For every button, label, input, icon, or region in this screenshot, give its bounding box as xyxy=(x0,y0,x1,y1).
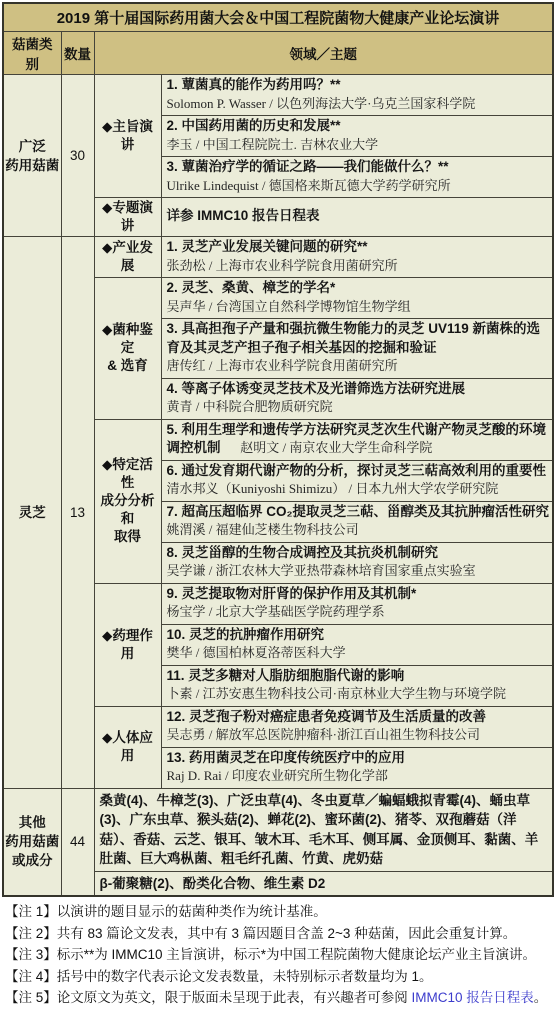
talk-title: 8. 灵芝甾醇的生物合成调控及其抗炎机制研究 xyxy=(167,544,550,563)
talk-speaker: 姚渭溪 / 福建仙芝楼生物科技公司 xyxy=(167,521,550,540)
talk-item: 1. 灵芝产业发展关键问题的研究** 张劲松 / 上海市农业科学院食用菌研究所 xyxy=(161,237,553,278)
talk-speaker: 清水邦义（Kuniyoshi Shimizu） / 日本九州大学农学研究院 xyxy=(167,480,550,499)
talk-item: 3. 具高担孢子产量和强抗微生物能力的灵芝 UV119 新菌株的选育及其灵芝产担… xyxy=(161,319,553,379)
page: 2019 第十届国际药用菌大会＆中国工程院菌物大健康产业论坛演讲 菇菌类别 数量… xyxy=(0,0,556,1016)
talk-title: 2. 中国药用菌的历史和发展** xyxy=(167,117,550,136)
talk-item: 2. 灵芝、桑黄、樟芝的学名* 吴声华 / 台湾国立自然科学博物馆生物学组 xyxy=(161,278,553,319)
footnote-text: 论文原文为英文，限于版面未呈现于此表，有兴趣者可参阅 xyxy=(57,990,412,1005)
footnote-1: 【注 1】以演讲的题目显示的菇菌种类作为统计基准。 xyxy=(5,904,552,920)
talk-title: 10. 灵芝的抗肿瘤作用研究 xyxy=(167,626,550,645)
count-cell-lingzhi: 13 xyxy=(61,237,94,789)
talk-item: 8. 灵芝甾醇的生物合成调控及其抗炎机制研究 吴学谦 / 浙江农林大学亚热带森林… xyxy=(161,542,553,583)
footnote-text: 共有 83 篇论文发表，其中有 3 篇因题目含盖 2~3 种菇菌，因此会重复计算… xyxy=(57,926,516,941)
footnote-label: 【注 1】 xyxy=(5,904,57,919)
group-label-keynote: ◆主旨演讲 xyxy=(94,75,161,198)
talk-item: 5. 利用生理学和遗传学方法研究灵芝次生代谢产物灵芝酸的环境调控机制 赵明文 /… xyxy=(161,419,553,460)
group-label-symposium: ◆专题演讲 xyxy=(94,198,161,237)
footnote-label: 【注 5】 xyxy=(5,990,57,1005)
talk-title: 12. 灵芝孢子粉对癌症患者免疫调节及生活质量的改善 xyxy=(167,708,550,727)
talk-item: 6. 通过发育期代谢产物的分析，探讨灵芝三萜高效利用的重要性 清水邦义（Kuni… xyxy=(161,460,553,501)
talk-speaker: 张劲松 / 上海市农业科学院食用菌研究所 xyxy=(167,257,550,276)
conference-program-table: 2019 第十届国际药用菌大会＆中国工程院菌物大健康产业论坛演讲 菇菌类别 数量… xyxy=(2,2,554,897)
talk-speaker: 樊华 / 德国柏林夏洛蒂医科大学 xyxy=(167,644,550,663)
footnote-text: 括号中的数字代表示论文发表数量，未特别标示者数量均为 1。 xyxy=(57,969,433,984)
talk-item: 10. 灵芝的抗肿瘤作用研究 樊华 / 德国柏林夏洛蒂医科大学 xyxy=(161,624,553,665)
footnote-label: 【注 3】 xyxy=(5,947,57,962)
header-count: 数量 xyxy=(61,32,94,75)
talk-title: 9. 灵芝提取物对肝肾的保护作用及其机制* xyxy=(167,585,550,604)
components-row: β-葡聚糖(2)、酚类化合物、维生素 D2 xyxy=(94,871,553,896)
footnote-text: 标示**为 IMMC10 主旨演讲，标示*为中国工程院菌物大健康论坛产业主旨演讲… xyxy=(57,947,536,962)
talk-item: 1. 蕈菌真的能作为药用吗？** Solomon P. Wasser / 以色列… xyxy=(161,75,553,116)
talk-speaker: Raj D. Rai / 印度农业研究所生物化学部 xyxy=(167,767,550,786)
talk-speaker: 赵明文 / 南京农业大学生命科学院 xyxy=(240,440,432,455)
immc10-schedule-link[interactable]: IMMC10 报告日程表 xyxy=(412,990,534,1005)
footnotes: 【注 1】以演讲的题目显示的菇菌种类作为统计基准。 【注 2】共有 83 篇论文… xyxy=(2,897,554,1016)
talk-title: 6. 通过发育期代谢产物的分析，探讨灵芝三萜高效利用的重要性 xyxy=(167,462,550,481)
species-list-row: 桑黄(4)、牛樟芝(3)、广泛虫草(4)、冬虫夏草／蝙蝠蛾拟青霉(4)、蛹虫草(… xyxy=(94,788,553,871)
talk-item: 12. 灵芝孢子粉对癌症患者免疫调节及生活质量的改善 吴志勇 / 解放军总医院肿… xyxy=(161,706,553,747)
talk-speaker: 吴志勇 / 解放军总医院肿瘤科·浙江百山祖生物科技公司 xyxy=(167,726,550,745)
group-label-strain-id-breeding: ◆菌种鉴定 & 选育 xyxy=(94,278,161,420)
talk-speaker: Solomon P. Wasser / 以色列海法大学·乌克兰国家科学院 xyxy=(167,95,550,114)
talk-item: 详参 IMMC10 报告日程表 xyxy=(161,198,553,237)
talk-title: 1. 灵芝产业发展关键问题的研究** xyxy=(167,238,550,257)
talk-item: 3. 蕈菌治疗学的循证之路——我们能做什么？** Ulrike Lindequi… xyxy=(161,157,553,198)
header-category: 菇菌类别 xyxy=(3,32,61,75)
talk-speaker: 吴声华 / 台湾国立自然科学博物馆生物学组 xyxy=(167,298,550,317)
talk-item: 11. 灵芝多糖对人脂肪细胞脂代谢的影响 卜素 / 江苏安惠生物科技公司·南京林… xyxy=(161,665,553,706)
table-title: 2019 第十届国际药用菌大会＆中国工程院菌物大健康产业论坛演讲 xyxy=(3,3,553,32)
header-topic: 领域／主题 xyxy=(94,32,553,75)
group-label-pharmacology: ◆药理作用 xyxy=(94,583,161,706)
category-cell-broad-fungi: 广泛 药用菇菌 xyxy=(3,75,61,237)
footnote-text: 以演讲的题目显示的菇菌种类作为统计基准。 xyxy=(57,904,327,919)
talk-title: 13. 药用菌灵芝在印度传统医疗中的应用 xyxy=(167,749,550,768)
talk-title: 1. 蕈菌真的能作为药用吗？** xyxy=(167,76,550,95)
talk-title: 7. 超高压超临界 CO₂提取灵芝三萜、甾醇类及其抗肿瘤活性研究 xyxy=(167,503,550,522)
talk-title: 4. 等离子体诱变灵芝技术及光谱筛选方法研究进展 xyxy=(167,380,550,399)
count-cell-broad-fungi: 30 xyxy=(61,75,94,237)
talk-speaker: 吴学谦 / 浙江农林大学亚热带森林培育国家重点实验室 xyxy=(167,562,550,581)
talk-item: 4. 等离子体诱变灵芝技术及光谱筛选方法研究进展 黄青 / 中科院合肥物质研究院 xyxy=(161,378,553,419)
footnote-label: 【注 4】 xyxy=(5,969,57,984)
group-label-active-components: ◆特定活性 成分分析和 取得 xyxy=(94,419,161,583)
talk-speaker: 唐传红 / 上海市农业科学院食用菌研究所 xyxy=(167,357,550,376)
talk-speaker: 黄青 / 中科院合肥物质研究院 xyxy=(167,398,550,417)
footnote-label: 【注 2】 xyxy=(5,926,57,941)
talk-speaker: 李玉 / 中国工程院院士. 吉林农业大学 xyxy=(167,136,550,155)
category-cell-lingzhi: 灵芝 xyxy=(3,237,61,789)
footnote-4: 【注 4】括号中的数字代表示论文发表数量，未特别标示者数量均为 1。 xyxy=(5,969,552,985)
talk-title: 2. 灵芝、桑黄、樟芝的学名* xyxy=(167,279,550,298)
talk-speaker: 杨宝学 / 北京大学基础医学院药理学系 xyxy=(167,603,550,622)
talk-speaker: 卜素 / 江苏安惠生物科技公司·南京林业大学生物与环境学院 xyxy=(167,685,550,704)
count-cell-other: 44 xyxy=(61,788,94,896)
footnote-3: 【注 3】标示**为 IMMC10 主旨演讲，标示*为中国工程院菌物大健康论坛产… xyxy=(5,947,552,963)
talk-item: 9. 灵芝提取物对肝肾的保护作用及其机制* 杨宝学 / 北京大学基础医学院药理学… xyxy=(161,583,553,624)
footnote-5: 【注 5】论文原文为英文，限于版面未呈现于此表，有兴趣者可参阅 IMMC10 报… xyxy=(5,990,552,1006)
group-label-industry-dev: ◆产业发展 xyxy=(94,237,161,278)
talk-item: 13. 药用菌灵芝在印度传统医疗中的应用 Raj D. Rai / 印度农业研究… xyxy=(161,747,553,788)
footnote-2: 【注 2】共有 83 篇论文发表，其中有 3 篇因题目含盖 2~3 种菇菌，因此… xyxy=(5,926,552,942)
talk-speaker: Ulrike Lindequist / 德国格来斯瓦德大学药学研究所 xyxy=(167,177,550,196)
talk-title: 详参 IMMC10 报告日程表 xyxy=(167,207,550,226)
talk-item: 7. 超高压超临界 CO₂提取灵芝三萜、甾醇类及其抗肿瘤活性研究 姚渭溪 / 福… xyxy=(161,501,553,542)
talk-title: 3. 蕈菌治疗学的循证之路——我们能做什么？** xyxy=(167,158,550,177)
talk-title: 3. 具高担孢子产量和强抗微生物能力的灵芝 UV119 新菌株的选育及其灵芝产担… xyxy=(167,320,550,357)
talk-title: 11. 灵芝多糖对人脂肪细胞脂代谢的影响 xyxy=(167,667,550,686)
group-label-human-application: ◆人体应用 xyxy=(94,706,161,788)
footnote-suffix: 。 xyxy=(534,990,548,1005)
talk-item: 2. 中国药用菌的历史和发展** 李玉 / 中国工程院院士. 吉林农业大学 xyxy=(161,116,553,157)
category-cell-other: 其他 药用菇菌 或成分 xyxy=(3,788,61,896)
